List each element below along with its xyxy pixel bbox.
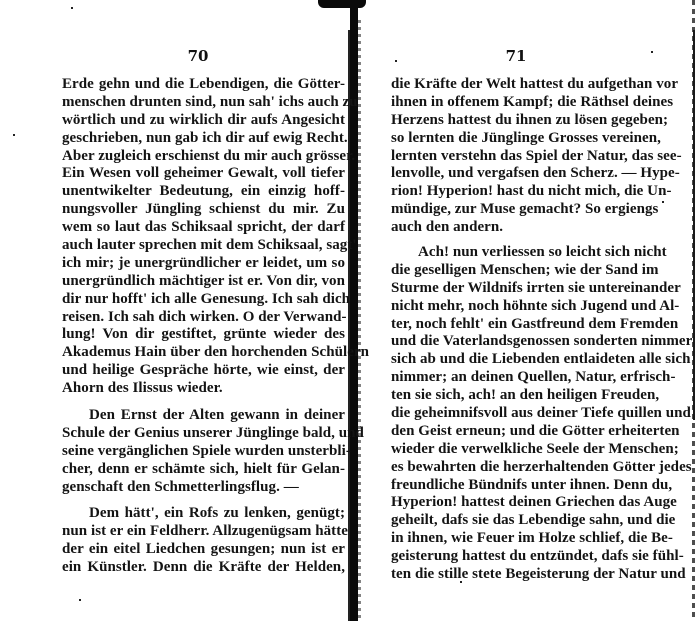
text-line: unentwikelter Bedeutung, ein einzig hoff… bbox=[62, 183, 345, 201]
text-line: sich ab und die Liebenden entlaideten al… bbox=[391, 351, 653, 369]
book-spread: 70 Erde gehn und die Lebendigen, die Göt… bbox=[0, 0, 698, 621]
text-line: ter, noch fehlt' ein Gastfreund dem Frem… bbox=[391, 316, 653, 334]
text-line: so lernten die Jünglinge Grosses vereine… bbox=[391, 130, 653, 148]
text-line: auch lauter sprechen mit dem Schiksaal, … bbox=[62, 237, 345, 255]
text-line: Ahorn des Ilissus wieder. bbox=[62, 380, 345, 398]
text-line: ten die stille stete Begeisterung der Na… bbox=[391, 566, 653, 584]
paragraph-gap bbox=[391, 237, 653, 244]
text-line: dir nur hofft' ich alle Genesung. Ich sa… bbox=[62, 291, 345, 309]
text-line: ein Künstler. Denn die Kräfte der Helden… bbox=[62, 559, 345, 577]
paragraph-gap bbox=[62, 398, 345, 407]
text-line: und die Vaterlandsgenossen sonderten nim… bbox=[391, 333, 653, 351]
text-line: nun ist er ein Feldherr. Allzugenügsam h… bbox=[62, 523, 345, 541]
text-line: auch den andern. bbox=[391, 219, 653, 237]
page-number: 70 bbox=[178, 46, 218, 66]
page-body: die Kräfte der Welt hattest du aufgethan… bbox=[391, 76, 653, 584]
text-line: und heilige Gespräche hörte, wie einst, … bbox=[62, 362, 345, 380]
text-line: lenvolle, und vergafsen den Scherz. — Hy… bbox=[391, 165, 653, 183]
text-line: die geselligen Menschen; wie der Sand im bbox=[391, 262, 653, 280]
text-line: Sturme der Wildnifs irrten sie untereina… bbox=[391, 280, 653, 298]
text-line: unergründlich mächtiger ist er. Von dir,… bbox=[62, 273, 345, 291]
text-line: es bewahrten die herzerhaltenden Götter … bbox=[391, 459, 653, 477]
text-line: in ihnen, wie Feuer im Holze schlief, di… bbox=[391, 530, 653, 548]
page-body: Erde gehn und die Lebendigen, die Götter… bbox=[62, 76, 345, 577]
text-line: freundliche Bündnifs unter ihnen. Denn d… bbox=[391, 477, 653, 495]
binding-edge-noise bbox=[358, 20, 361, 620]
text-line: genschaft den Schmetterlingsflug. — bbox=[62, 479, 345, 497]
text-line: ten sie sich, ach! an den heiligen Freud… bbox=[391, 387, 653, 405]
text-line: geisterung hattest du entzündet, dafs si… bbox=[391, 548, 653, 566]
text-line: nicht mehr, noch höhnte sich Jugend und … bbox=[391, 298, 653, 316]
text-line: Herzens hattest du ihnen zu lösen gegebe… bbox=[391, 112, 653, 130]
right-page: 71 die Kräfte der Welt hattest du aufget… bbox=[362, 0, 698, 621]
text-line: ich mir; je unergründlicher er leidet, u… bbox=[62, 255, 345, 273]
text-line: Erde gehn und die Lebendigen, die Götter… bbox=[62, 76, 345, 94]
text-line: menschen drunten sind, nun sah' ichs auc… bbox=[62, 94, 345, 112]
text-line: Schule der Genius unserer Jünglinge bald… bbox=[62, 425, 345, 443]
text-line: Den Ernst der Alten gewann in deiner bbox=[62, 407, 345, 425]
text-line: nimmer; an deinen Quellen, Natur, erfris… bbox=[391, 369, 653, 387]
text-line: rion! Hyperion! hast du nicht mich, die … bbox=[391, 183, 653, 201]
page-number: 71 bbox=[496, 46, 536, 66]
paragraph-gap bbox=[62, 496, 345, 505]
text-line: mündige, zur Muse gemacht? So ergiengs bbox=[391, 201, 653, 219]
text-line: reisen. Ich sah dich wirken. O der Verwa… bbox=[62, 309, 345, 327]
text-line: den Geist erneun; und die Götter erheite… bbox=[391, 423, 653, 441]
text-line: der ein eitel Liedchen gesungen; nun ist… bbox=[62, 541, 345, 559]
text-line: Ach! nun verliessen so leicht sich nicht bbox=[391, 244, 653, 262]
text-line: lernten verstehn das Spiel der Natur, da… bbox=[391, 148, 653, 166]
text-line: wieder die verwelkliche Seele der Mensch… bbox=[391, 441, 653, 459]
text-line: Ein Wesen voll geheimer Gewalt, voll tie… bbox=[62, 165, 345, 183]
text-line: Akademus Hain über den horchenden Schüle… bbox=[62, 344, 345, 362]
text-line: geschrieben, nun gab ich dir auf ewig Re… bbox=[62, 130, 345, 148]
text-line: wörtlich und zu wirklich dir aufs Angesi… bbox=[62, 112, 345, 130]
text-line: nungsvoller Jüngling schienst du mir. Zu bbox=[62, 201, 345, 219]
text-line: lung! Von dir gestiftet, grünte wieder d… bbox=[62, 326, 345, 344]
text-line: Aber zugleich erschienst du mir auch grö… bbox=[62, 148, 345, 166]
text-line: cher, denn er schämte sich, hielt für Ge… bbox=[62, 461, 345, 479]
text-line: seine vergänglichen Spiele wurden unster… bbox=[62, 443, 345, 461]
text-line: wem so laut das Schiksaal spricht, der d… bbox=[62, 219, 345, 237]
text-line: Hyperion! hattest deinen Griechen das Au… bbox=[391, 494, 653, 512]
text-line: Dem hätt', ein Rofs zu lenken, genügt; bbox=[62, 505, 345, 523]
text-line: geheilt, dafs sie das Lebendige sahn, un… bbox=[391, 512, 653, 530]
text-line: die Kräfte der Welt hattest du aufgethan… bbox=[391, 76, 653, 94]
text-line: ihnen in offenem Kampf; die Räthsel dein… bbox=[391, 94, 653, 112]
text-line: die geheimnifsvoll aus deiner Tiefe quil… bbox=[391, 405, 653, 423]
left-page: 70 Erde gehn und die Lebendigen, die Göt… bbox=[0, 0, 352, 621]
